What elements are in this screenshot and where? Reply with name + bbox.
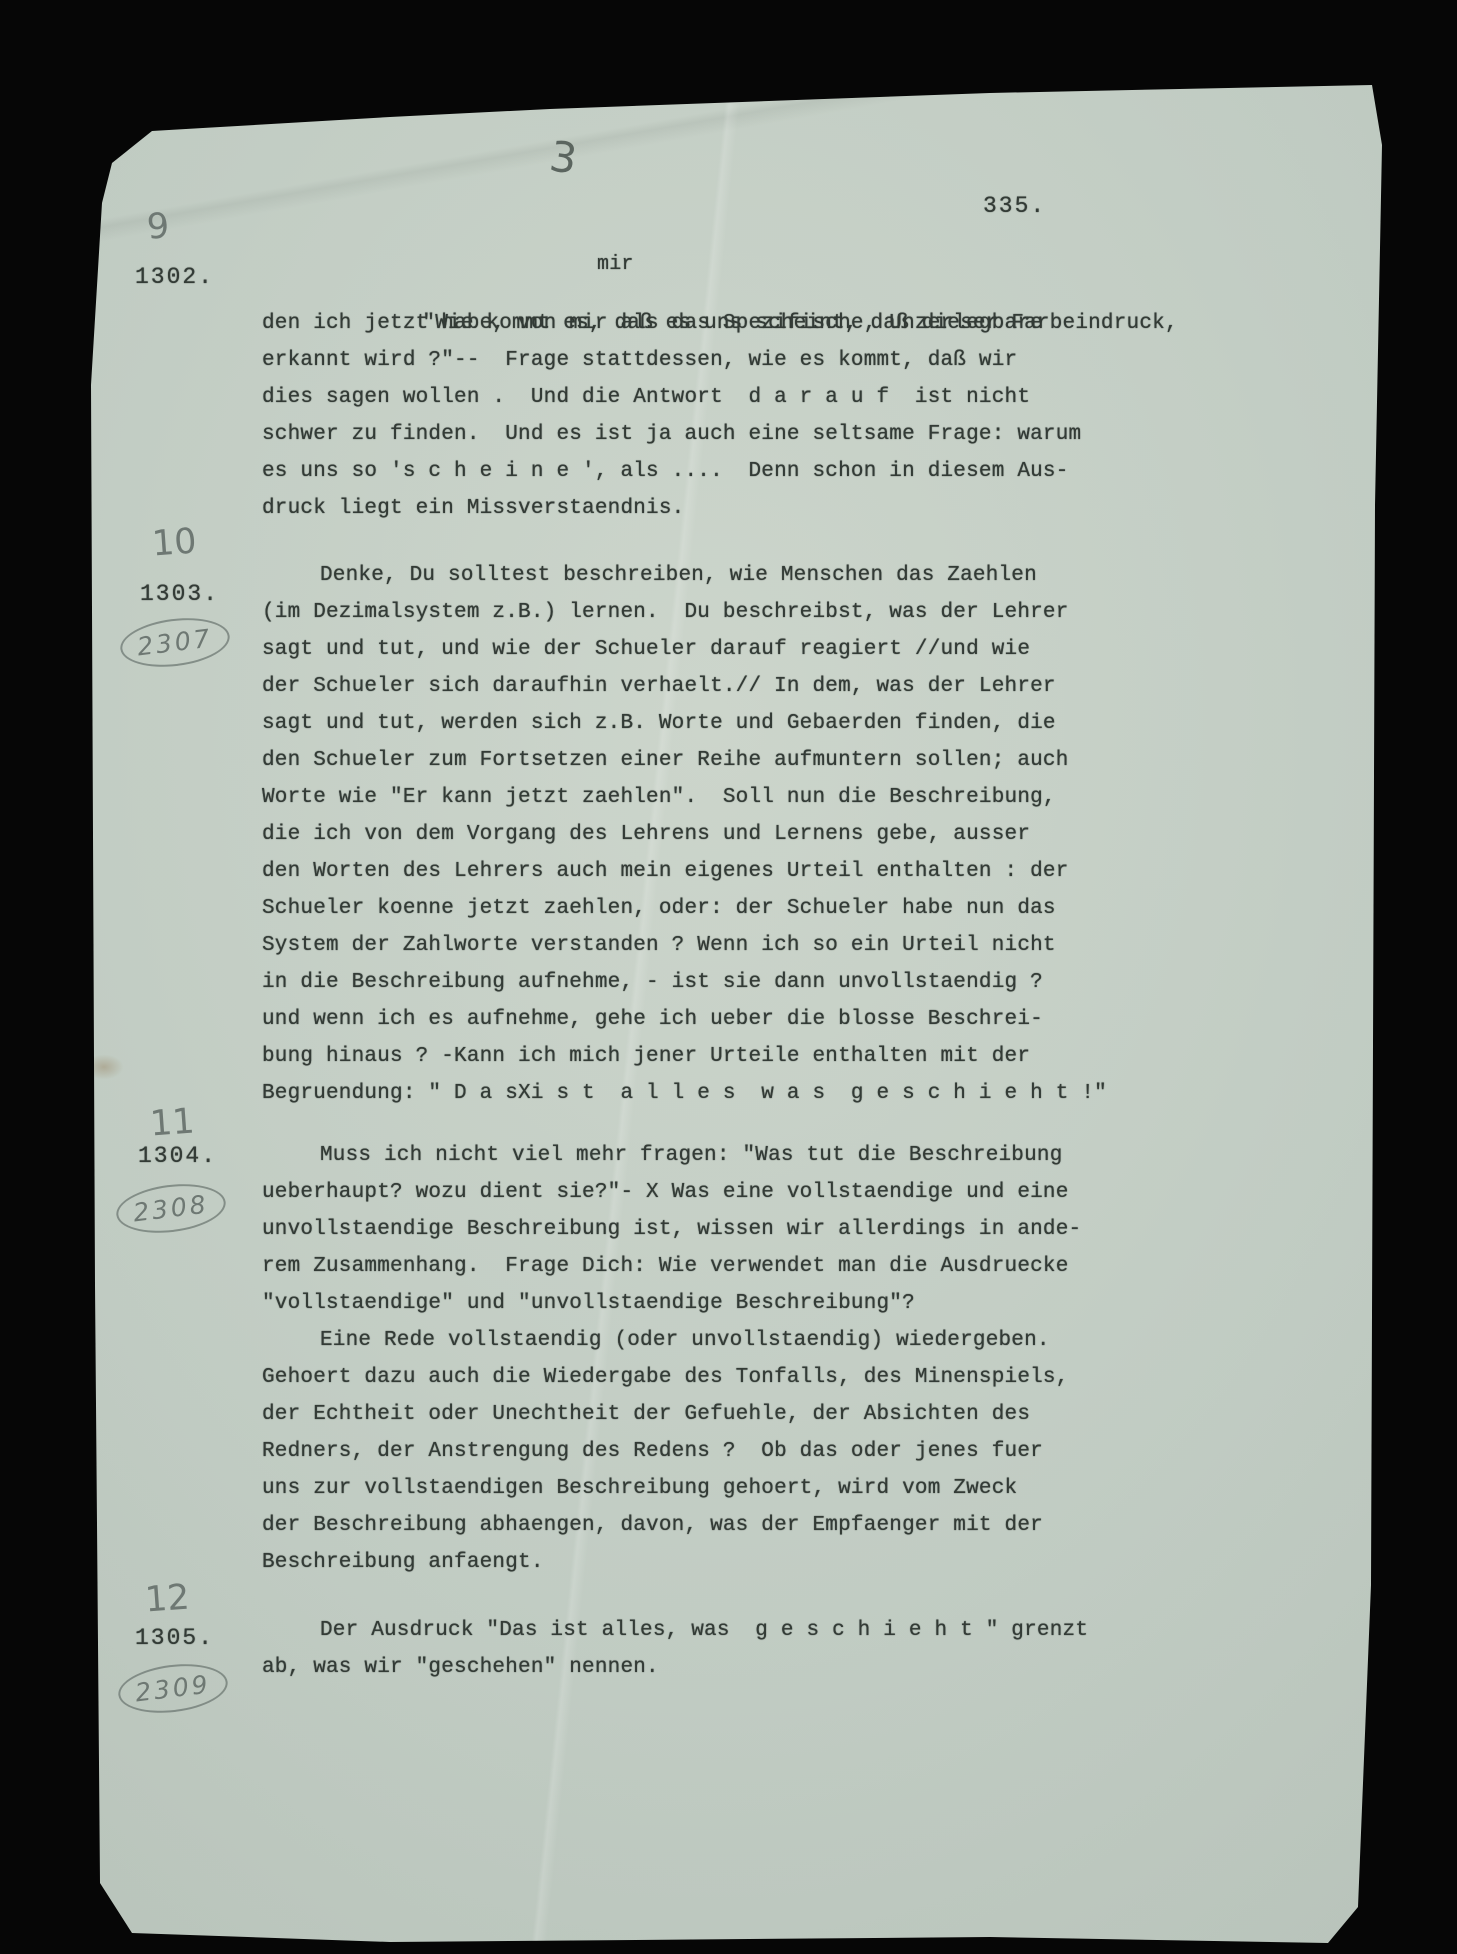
typescript-line: sagt und tut, und wie der Schueler darau… (262, 631, 1222, 668)
typescript-line: Worte wie "Er kann jetzt zaehlen". Soll … (262, 779, 1222, 816)
typescript-line: Begruendung: " D a sXi s t a l l e s w a… (262, 1075, 1222, 1112)
typed-page-number: 335. (983, 193, 1046, 219)
typescript-line: der Echtheit oder Unechtheit der Gefuehl… (262, 1396, 1222, 1433)
typescript-line: den Worten des Lehrers auch mein eigenes… (262, 853, 1222, 890)
margin-pencil-number-1304: 11 (149, 1101, 196, 1144)
typescript-line: in die Beschreibung aufnehme, - ist sie … (262, 964, 1222, 1001)
typescript-line: Eine Rede vollstaendig (oder unvollstaen… (262, 1322, 1222, 1359)
margin-pencil-number-1302: 9 (146, 206, 171, 247)
section-1302-text: mir"Wie kommt es, daß es uns scheint, da… (262, 268, 1222, 527)
margin-section-number-1303: 1303. (140, 581, 219, 607)
section-1305-text: Der Ausdruck "Das ist alles, was g e s c… (262, 1612, 1222, 1686)
typescript-line: bung hinaus ? -Kann ich mich jener Urtei… (262, 1038, 1222, 1075)
margin-circled-number-1305: 2309 (116, 1658, 231, 1718)
typescript-line: Denke, Du solltest beschreiben, wie Mens… (262, 557, 1222, 594)
margin-pencil-number-1303: 10 (151, 521, 198, 564)
typescript-line: Beschreibung anfaengt. (262, 1544, 1222, 1581)
photo-background: 3 335. 9 1302. mir"Wie kommt es, daß es … (0, 0, 1457, 1954)
typescript-line: rem Zusammenhang. Frage Dich: Wie verwen… (262, 1248, 1222, 1285)
typescript-line: unvollstaendige Beschreibung ist, wissen… (262, 1211, 1222, 1248)
typescript-line: "vollstaendige" und "unvollstaendige Bes… (262, 1285, 1222, 1322)
margin-pencil-number-1305: 12 (144, 1577, 191, 1620)
margin-section-number-1304: 1304. (138, 1143, 217, 1169)
typescript-line: Gehoert dazu auch die Wiedergabe des Ton… (262, 1359, 1222, 1396)
margin-section-number-1302: 1302. (135, 264, 214, 290)
margin-circled-number-1303: 2307 (118, 612, 233, 672)
interlinear-insertion: mir (597, 246, 634, 283)
typescript-line: und wenn ich es aufnehme, gehe ich ueber… (262, 1001, 1222, 1038)
typescript-line: sagt und tut, werden sich z.B. Worte und… (262, 705, 1222, 742)
typescript-line: druck liegt ein Missverstaendnis. (262, 490, 1222, 527)
section-1303-text: Denke, Du solltest beschreiben, wie Mens… (262, 557, 1222, 1112)
typescript-line: der Beschreibung abhaengen, davon, was d… (262, 1507, 1222, 1544)
typescript-line: dies sagen wollen . Und die Antwort d a … (262, 379, 1222, 416)
typescript-line: uns zur vollstaendigen Beschreibung geho… (262, 1470, 1222, 1507)
typescript-line: Redners, der Anstrengung des Redens ? Ob… (262, 1433, 1222, 1470)
margin-section-number-1305: 1305. (135, 1625, 214, 1651)
typescript-line: Muss ich nicht viel mehr fragen: "Was tu… (262, 1137, 1222, 1174)
typescript-line: Schueler koenne jetzt zaehlen, oder: der… (262, 890, 1222, 927)
typescript-line: System der Zahlworte verstanden ? Wenn i… (262, 927, 1222, 964)
typescript-line: Der Ausdruck "Das ist alles, was g e s c… (262, 1612, 1222, 1649)
typescript-line-with-insertion: mir"Wie kommt es, daß es uns scheint, da… (262, 268, 1222, 305)
margin-circled-number-1304: 2308 (114, 1178, 229, 1238)
typescript-line: es uns so 's c h e i n e ', als .... Den… (262, 453, 1222, 490)
typescript-line: den Schueler zum Fortsetzen einer Reihe … (262, 742, 1222, 779)
section-1304-text: Muss ich nicht viel mehr fragen: "Was tu… (262, 1137, 1222, 1581)
typescript-line: den ich jetzt habe, von mir als das Spez… (262, 305, 1222, 342)
typescript-line: schwer zu finden. Und es ist ja auch ein… (262, 416, 1222, 453)
typescript-line: ab, was wir "geschehen" nennen. (262, 1649, 1222, 1686)
typescript-page: 3 335. 9 1302. mir"Wie kommt es, daß es … (90, 85, 1382, 1947)
typescript-line: die ich von dem Vorgang des Lehrens und … (262, 816, 1222, 853)
typescript-line: der Schueler sich daraufhin verhaelt.// … (262, 668, 1222, 705)
typescript-line: (im Dezimalsystem z.B.) lernen. Du besch… (262, 594, 1222, 631)
typescript-line: ueberhaupt? wozu dient sie?"- X Was eine… (262, 1174, 1222, 1211)
typescript-line: erkannt wird ?"-- Frage stattdessen, wie… (262, 342, 1222, 379)
handwritten-page-number: 3 (546, 131, 580, 184)
